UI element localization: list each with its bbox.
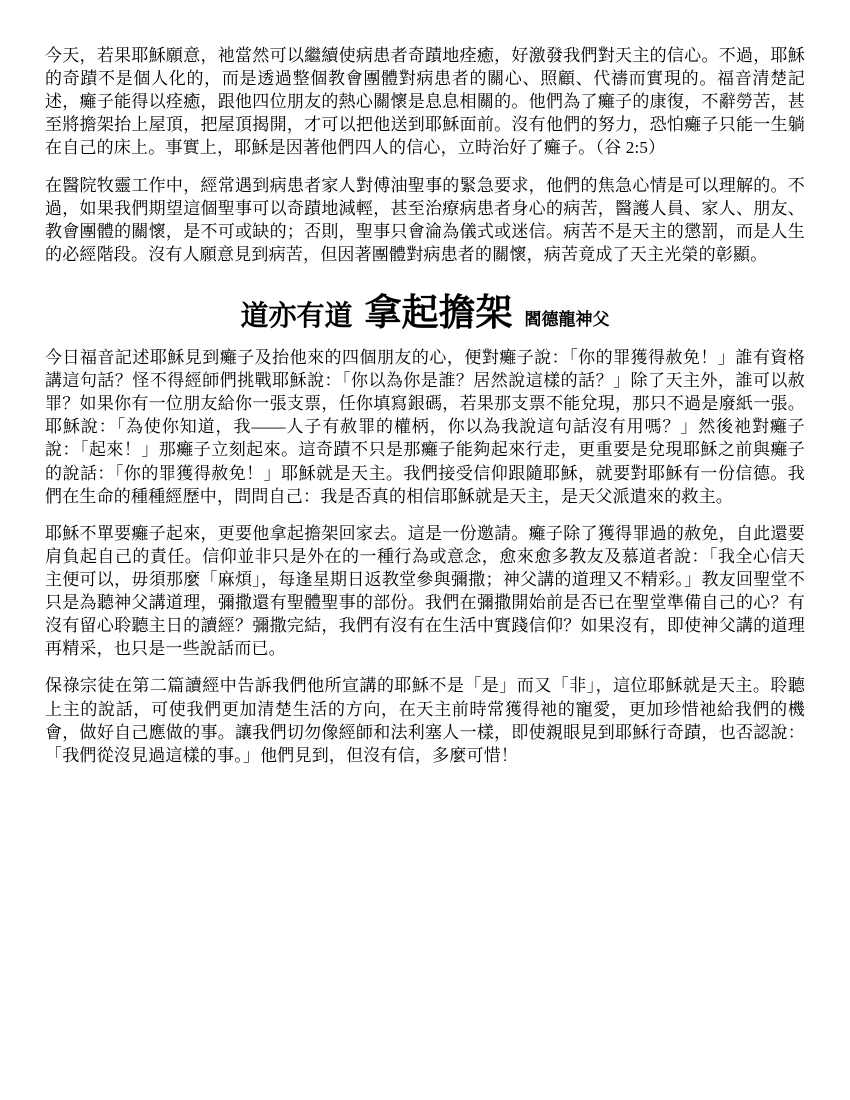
body-paragraph-2: 耶穌不單要癱子起來，更要他拿起擔架回家去。這是一份邀請。癱子除了獲得罪過的赦免，… xyxy=(45,522,805,661)
body-paragraph-3: 保祿宗徒在第二篇讀經中告訴我們他所宣講的耶穌不是「是」而又「非」，這位耶穌就是天… xyxy=(45,674,805,766)
intro-paragraph-1: 今天，若果耶穌願意，祂當然可以繼續使病患者奇蹟地痊癒，好激發我們對天主的信心。不… xyxy=(45,44,805,160)
author-name: 閻德龍神父 xyxy=(525,305,610,330)
article-title: 拿起擔架 xyxy=(365,282,513,336)
column-title: 道亦有道 xyxy=(240,294,352,334)
intro-paragraph-2: 在醫院牧靈工作中，經常遇到病患者家人對傅油聖事的緊急要求，他們的焦急心情是可以理… xyxy=(45,174,805,266)
article-heading: 道亦有道 拿起擔架 閻德龍神父 xyxy=(45,282,805,336)
body-paragraph-1: 今日福音記述耶穌見到癱子及抬他來的四個朋友的心，便對癱子說：「你的罪獲得赦免！」… xyxy=(45,346,805,508)
document-page: 今天，若果耶穌願意，祂當然可以繼續使病患者奇蹟地痊癒，好激發我們對天主的信心。不… xyxy=(0,0,850,1100)
